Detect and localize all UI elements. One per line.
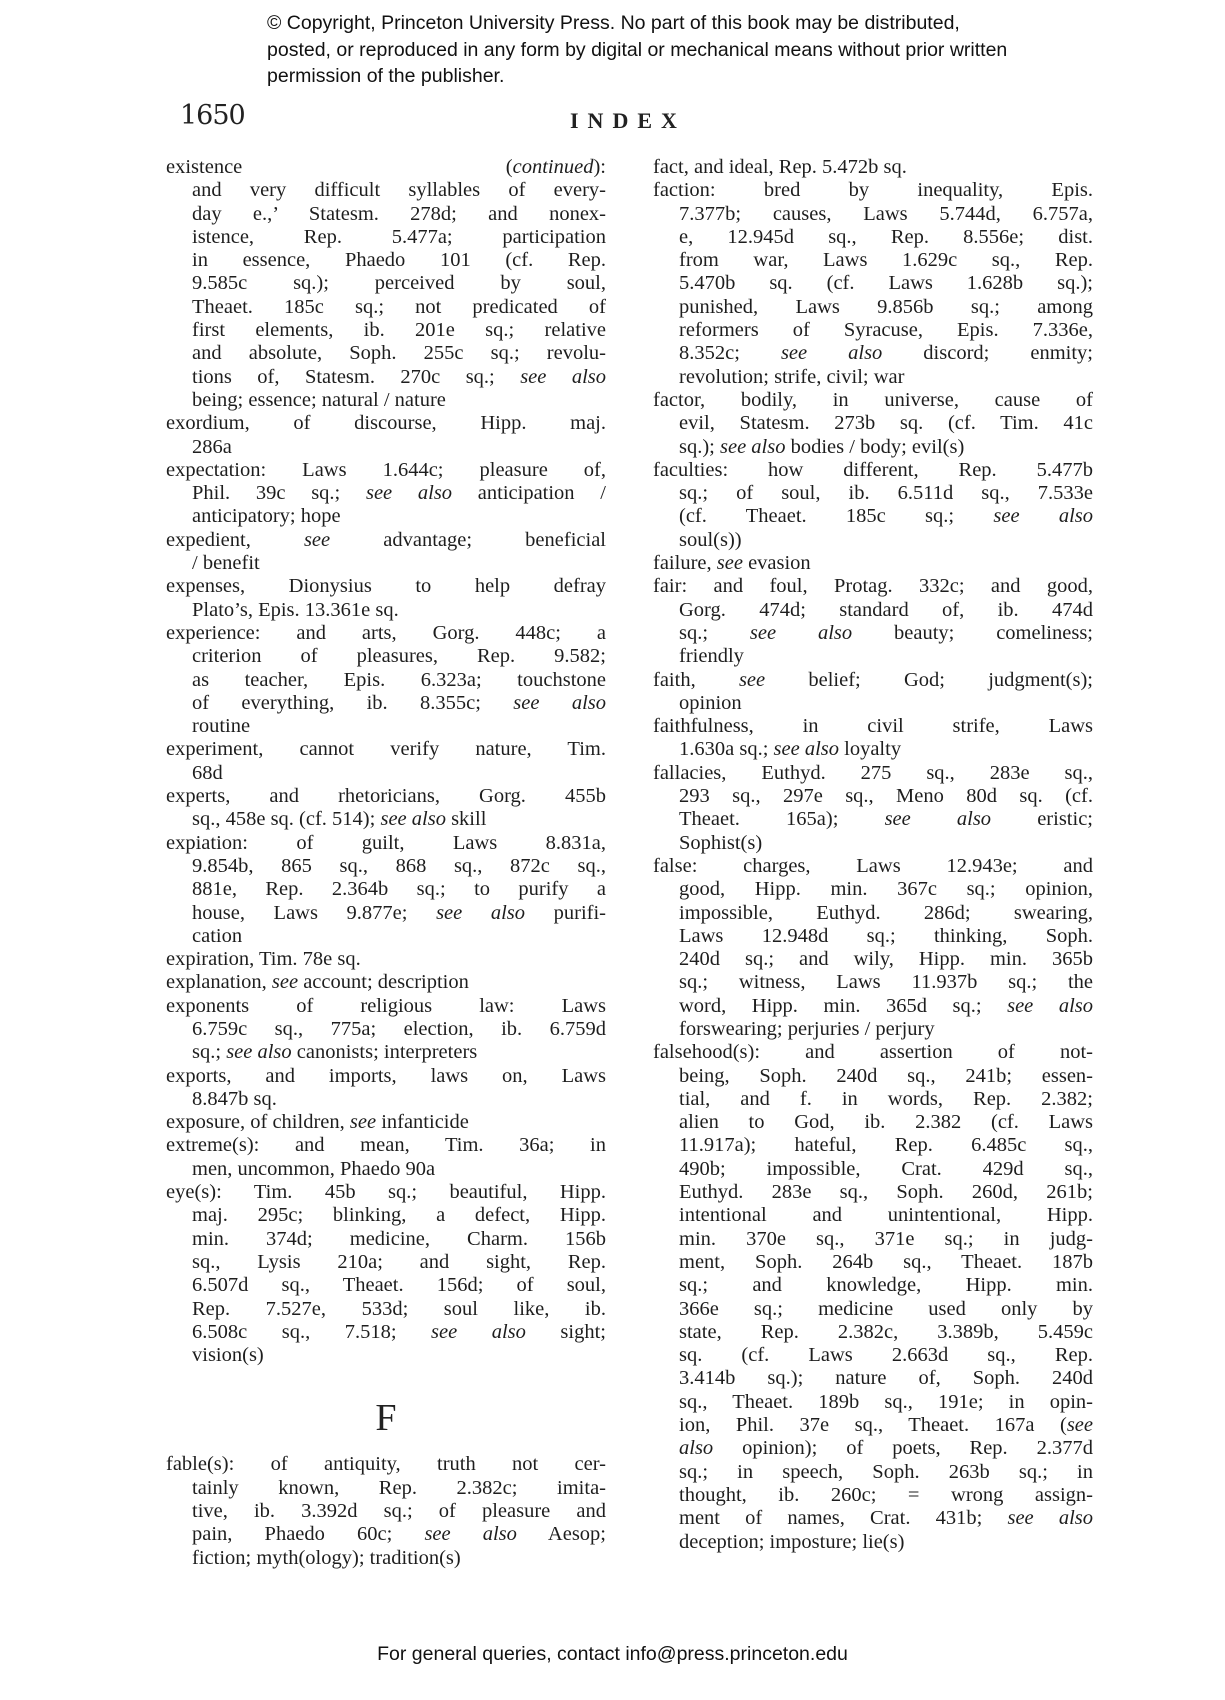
- index-entry: experts, and rhetoricians, Gorg. 455bsq.…: [166, 785, 606, 832]
- index-entry: exponents of religious law: Laws6.759c s…: [166, 995, 606, 1065]
- index-entry-subline: 6.508c sq., 7.518; see also sight;: [166, 1321, 606, 1344]
- index-entry: existence (continued):and very difficult…: [166, 156, 606, 412]
- index-entry-subline: of everything, ib. 8.355c; see also: [166, 692, 606, 715]
- index-entry-subline: impossible, Euthyd. 286d; swearing,: [653, 902, 1093, 925]
- index-entry: faithfulness, in civil strife, Laws1.630…: [653, 715, 1093, 762]
- index-entry-subline: tions of, Statesm. 270c sq.; see also: [166, 366, 606, 389]
- index-entry-subline: and absolute, Soph. 255c sq.; revolu-: [166, 342, 606, 365]
- footer-contact: For general queries, contact info@press.…: [0, 1643, 1225, 1666]
- index-entry-subline: thought, ib. 260c; = wrong assign-: [653, 1484, 1093, 1507]
- index-entry-subline: 490b; impossible, Crat. 429d sq.,: [653, 1158, 1093, 1181]
- index-entry-subline: anticipatory; hope: [166, 505, 606, 528]
- index-entry-headline: expenses, Dionysius to help defray: [166, 575, 606, 598]
- index-entry-subline: sq., Theaet. 189b sq., 191e; in opin-: [653, 1391, 1093, 1414]
- index-entry-subline: soul(s)): [653, 529, 1093, 552]
- index-entry-subline: 1.630a sq.; see also loyalty: [653, 738, 1093, 761]
- index-entry-subline: 6.507d sq., Theaet. 156d; of soul,: [166, 1274, 606, 1297]
- index-entry-headline: factor, bodily, in universe, cause of: [653, 389, 1093, 412]
- index-entry-subline: fiction; myth(ology); tradition(s): [166, 1547, 606, 1570]
- index-entry: expenses, Dionysius to help defrayPlato’…: [166, 575, 606, 622]
- index-entry-subline: sq., Lysis 210a; and sight, Rep.: [166, 1251, 606, 1274]
- index-entry-headline: exports, and imports, laws on, Laws: [166, 1065, 606, 1088]
- index-entry-subline: / benefit: [166, 552, 606, 575]
- index-entry-headline: exponents of religious law: Laws: [166, 995, 606, 1018]
- index-entry-subline: (cf. Theaet. 185c sq.; see also: [653, 505, 1093, 528]
- index-entry-headline: faith, see belief; God; judgment(s);: [653, 669, 1093, 692]
- index-entry: factor, bodily, in universe, cause ofevi…: [653, 389, 1093, 459]
- index-entries-left: existence (continued):and very difficult…: [166, 156, 606, 1367]
- index-entry-headline: falsehood(s): and assertion of not-: [653, 1041, 1093, 1064]
- index-entry: faculties: how different, Rep. 5.477bsq.…: [653, 459, 1093, 552]
- index-column-right: fact, and ideal, Rep. 5.472b sq.faction:…: [653, 156, 1093, 1554]
- index-entry: fallacies, Euthyd. 275 sq., 283e sq.,293…: [653, 762, 1093, 855]
- index-entry-subline: vision(s): [166, 1344, 606, 1367]
- index-entry-subline: 366e sq.; medicine used only by: [653, 1298, 1093, 1321]
- index-entry-subline: and very difficult syllables of every-: [166, 179, 606, 202]
- index-entry-subline: min. 370e sq., 371e sq.; in judg-: [653, 1228, 1093, 1251]
- index-entry-subline: Sophist(s): [653, 832, 1093, 855]
- index-entry-subline: Plato’s, Epis. 13.361e sq.: [166, 599, 606, 622]
- index-entry-subline: being; essence; natural / nature: [166, 389, 606, 412]
- index-entry-subline: sq.; of soul, ib. 6.511d sq., 7.533e: [653, 482, 1093, 505]
- section-letter: F: [166, 1387, 606, 1449]
- index-entry-subline: revolution; strife, civil; war: [653, 366, 1093, 389]
- index-entry: extreme(s): and mean, Tim. 36a; inmen, u…: [166, 1134, 606, 1181]
- index-entry: falsehood(s): and assertion of not-being…: [653, 1041, 1093, 1554]
- index-entry-subline: Theaet. 185c sq.; not predicated of: [166, 296, 606, 319]
- index-entry-subline: word, Hipp. min. 365d sq.; see also: [653, 995, 1093, 1018]
- index-entry-subline: good, Hipp. min. 367c sq.; opinion,: [653, 878, 1093, 901]
- index-entry-headline: experts, and rhetoricians, Gorg. 455b: [166, 785, 606, 808]
- index-entry-headline: fair: and foul, Protag. 332c; and good,: [653, 575, 1093, 598]
- index-entry-subline: alien to God, ib. 2.382 (cf. Laws: [653, 1111, 1093, 1134]
- index-entry: fable(s): of antiquity, truth not cer-ta…: [166, 1453, 606, 1569]
- index-entry: expiation: of guilt, Laws 8.831a,9.854b,…: [166, 832, 606, 948]
- index-entry-subline: routine: [166, 715, 606, 738]
- index-entry-subline: 8.847b sq.: [166, 1088, 606, 1111]
- index-entry-subline: istence, Rep. 5.477a; participation: [166, 226, 606, 249]
- index-entry: experience: and arts, Gorg. 448c; acrite…: [166, 622, 606, 738]
- index-entry-subline: house, Laws 9.877e; see also purifi-: [166, 902, 606, 925]
- index-entry: fact, and ideal, Rep. 5.472b sq.: [653, 156, 1093, 179]
- index-entry-subline: pain, Phaedo 60c; see also Aesop;: [166, 1523, 606, 1546]
- index-entry-subline: 8.352c; see also discord; enmity;: [653, 342, 1093, 365]
- index-entry-subline: deception; imposture; lie(s): [653, 1531, 1093, 1554]
- index-entry-subline: 9.585c sq.); perceived by soul,: [166, 272, 606, 295]
- index-entry-subline: as teacher, Epis. 6.323a; touchstone: [166, 669, 606, 692]
- index-entry-subline: e, 12.945d sq., Rep. 8.556e; dist.: [653, 226, 1093, 249]
- index-entry-subline: 293 sq., 297e sq., Meno 80d sq. (cf.: [653, 785, 1093, 808]
- index-entry-subline: sq., 458e sq. (cf. 514); see also skill: [166, 808, 606, 831]
- index-entry-subline: Gorg. 474d; standard of, ib. 474d: [653, 599, 1093, 622]
- index-entry-subline: 6.759c sq., 775a; election, ib. 6.759d: [166, 1018, 606, 1041]
- index-entry-headline: explanation, see account; description: [166, 971, 606, 994]
- index-entry-headline: expiration, Tim. 78e sq.: [166, 948, 606, 971]
- index-entry-subline: sq.; witness, Laws 11.937b sq.; the: [653, 971, 1093, 994]
- index-entry-subline: sq.; and knowledge, Hipp. min.: [653, 1274, 1093, 1297]
- index-entries-left-after-section: fable(s): of antiquity, truth not cer-ta…: [166, 1453, 606, 1569]
- index-entry-subline: reformers of Syracuse, Epis. 7.336e,: [653, 319, 1093, 342]
- index-entry-subline: ment, Soph. 264b sq., Theaet. 187b: [653, 1251, 1093, 1274]
- index-entry-headline: expectation: Laws 1.644c; pleasure of,: [166, 459, 606, 482]
- index-entry-subline: friendly: [653, 645, 1093, 668]
- index-entry-subline: sq.; see also canonists; interpreters: [166, 1041, 606, 1064]
- index-entry-subline: sq. (cf. Laws 2.663d sq., Rep.: [653, 1344, 1093, 1367]
- index-entry: faith, see belief; God; judgment(s);opin…: [653, 669, 1093, 716]
- index-entry-subline: 68d: [166, 762, 606, 785]
- index-entry-subline: 240d sq.; and wily, Hipp. min. 365b: [653, 948, 1093, 971]
- index-entry: exposure, of children, see infanticide: [166, 1111, 606, 1134]
- index-entry-subline: 5.470b sq. (cf. Laws 1.628b sq.);: [653, 272, 1093, 295]
- index-entry: faction: bred by inequality, Epis.7.377b…: [653, 179, 1093, 389]
- index-entry-subline: criterion of pleasures, Rep. 9.582;: [166, 645, 606, 668]
- copyright-notice: © Copyright, Princeton University Press.…: [267, 10, 1027, 90]
- running-title: INDEX: [570, 108, 686, 134]
- index-entry-subline: intentional and unintentional, Hipp.: [653, 1204, 1093, 1227]
- index-entry-headline: fallacies, Euthyd. 275 sq., 283e sq.,: [653, 762, 1093, 785]
- index-entry: eye(s): Tim. 45b sq.; beautiful, Hipp.ma…: [166, 1181, 606, 1367]
- index-entry: failure, see evasion: [653, 552, 1093, 575]
- index-entry-headline: expedient, see advantage; beneficial: [166, 529, 606, 552]
- index-entry-subline: in essence, Phaedo 101 (cf. Rep.: [166, 249, 606, 272]
- index-entry: exordium, of discourse, Hipp. maj.286a: [166, 412, 606, 459]
- index-entry-subline: state, Rep. 2.382c, 3.389b, 5.459c: [653, 1321, 1093, 1344]
- index-entry-headline: extreme(s): and mean, Tim. 36a; in: [166, 1134, 606, 1157]
- index-entry: expedient, see advantage; beneficial/ be…: [166, 529, 606, 576]
- index-entry-subline: ment of names, Crat. 431b; see also: [653, 1507, 1093, 1530]
- index-entry-subline: sq.; see also beauty; comeliness;: [653, 622, 1093, 645]
- index-entry-subline: opinion: [653, 692, 1093, 715]
- index-entry-subline: 7.377b; causes, Laws 5.744d, 6.757a,: [653, 203, 1093, 226]
- index-entry-headline: failure, see evasion: [653, 552, 1093, 575]
- index-entry-subline: ion, Phil. 37e sq., Theaet. 167a (see: [653, 1414, 1093, 1437]
- index-entry-subline: tial, and f. in words, Rep. 2.382;: [653, 1088, 1093, 1111]
- index-entry-headline: expiation: of guilt, Laws 8.831a,: [166, 832, 606, 855]
- index-entry: false: charges, Laws 12.943e; andgood, H…: [653, 855, 1093, 1041]
- index-entry-subline: Laws 12.948d sq.; thinking, Soph.: [653, 925, 1093, 948]
- index-entry-subline: tive, ib. 3.392d sq.; of pleasure and: [166, 1500, 606, 1523]
- index-entry-subline: from war, Laws 1.629c sq., Rep.: [653, 249, 1093, 272]
- index-entry-headline: exposure, of children, see infanticide: [166, 1111, 606, 1134]
- index-entry-subline: being, Soph. 240d sq., 241b; essen-: [653, 1065, 1093, 1088]
- index-entry-subline: sq.); see also bodies / body; evil(s): [653, 436, 1093, 459]
- index-entry-subline: tainly known, Rep. 2.382c; imita-: [166, 1477, 606, 1500]
- index-entry-subline: day e.,’ Statesm. 278d; and nonex-: [166, 203, 606, 226]
- index-entry-headline: experience: and arts, Gorg. 448c; a: [166, 622, 606, 645]
- index-entry-subline: Theaet. 165a); see also eristic;: [653, 808, 1093, 831]
- index-entry-subline: 881e, Rep. 2.364b sq.; to purify a: [166, 878, 606, 901]
- index-entry-subline: Euthyd. 283e sq., Soph. 260d, 261b;: [653, 1181, 1093, 1204]
- index-entry-subline: 11.917a); hateful, Rep. 6.485c sq.,: [653, 1134, 1093, 1157]
- index-entry-headline: false: charges, Laws 12.943e; and: [653, 855, 1093, 878]
- index-column-left: existence (continued):and very difficult…: [166, 156, 606, 1570]
- index-entry: exports, and imports, laws on, Laws8.847…: [166, 1065, 606, 1112]
- running-head: 1650 INDEX: [0, 100, 1225, 140]
- index-entry: experiment, cannot verify nature, Tim.68…: [166, 738, 606, 785]
- index-entry-subline: men, uncommon, Phaedo 90a: [166, 1158, 606, 1181]
- index-entry: explanation, see account; description: [166, 971, 606, 994]
- index-entry-subline: first elements, ib. 201e sq.; relative: [166, 319, 606, 342]
- index-entry-subline: min. 374d; medicine, Charm. 156b: [166, 1228, 606, 1251]
- page-number: 1650: [180, 100, 245, 131]
- index-entry: fair: and foul, Protag. 332c; and good,G…: [653, 575, 1093, 668]
- index-entry-headline: faction: bred by inequality, Epis.: [653, 179, 1093, 202]
- index-entry-subline: sq.; in speech, Soph. 263b sq.; in: [653, 1461, 1093, 1484]
- index-entry-headline: fable(s): of antiquity, truth not cer-: [166, 1453, 606, 1476]
- index-entry-subline: forswearing; perjuries / perjury: [653, 1018, 1093, 1041]
- index-entry-headline: exordium, of discourse, Hipp. maj.: [166, 412, 606, 435]
- index-entry-subline: Rep. 7.527e, 533d; soul like, ib.: [166, 1298, 606, 1321]
- index-entry-subline: punished, Laws 9.856b sq.; among: [653, 296, 1093, 319]
- index-entries-right: fact, and ideal, Rep. 5.472b sq.faction:…: [653, 156, 1093, 1554]
- index-entry: expectation: Laws 1.644c; pleasure of,Ph…: [166, 459, 606, 529]
- index-entry-subline: evil, Statesm. 273b sq. (cf. Tim. 41c: [653, 412, 1093, 435]
- index-entry-headline: fact, and ideal, Rep. 5.472b sq.: [653, 156, 1093, 179]
- index-entry-subline: Phil. 39c sq.; see also anticipation /: [166, 482, 606, 505]
- index-entry-subline: cation: [166, 925, 606, 948]
- index-entry-headline: existence (continued):: [166, 156, 606, 179]
- index-entry-subline: also opinion); of poets, Rep. 2.377d: [653, 1437, 1093, 1460]
- index-entry: expiration, Tim. 78e sq.: [166, 948, 606, 971]
- index-entry-subline: 9.854b, 865 sq., 868 sq., 872c sq.,: [166, 855, 606, 878]
- index-entry-headline: faithfulness, in civil strife, Laws: [653, 715, 1093, 738]
- index-entry-headline: experiment, cannot verify nature, Tim.: [166, 738, 606, 761]
- index-entry-subline: 3.414b sq.); nature of, Soph. 240d: [653, 1367, 1093, 1390]
- index-entry-headline: faculties: how different, Rep. 5.477b: [653, 459, 1093, 482]
- index-entry-subline: maj. 295c; blinking, a defect, Hipp.: [166, 1204, 606, 1227]
- index-entry-subline: 286a: [166, 436, 606, 459]
- index-entry-headline: eye(s): Tim. 45b sq.; beautiful, Hipp.: [166, 1181, 606, 1204]
